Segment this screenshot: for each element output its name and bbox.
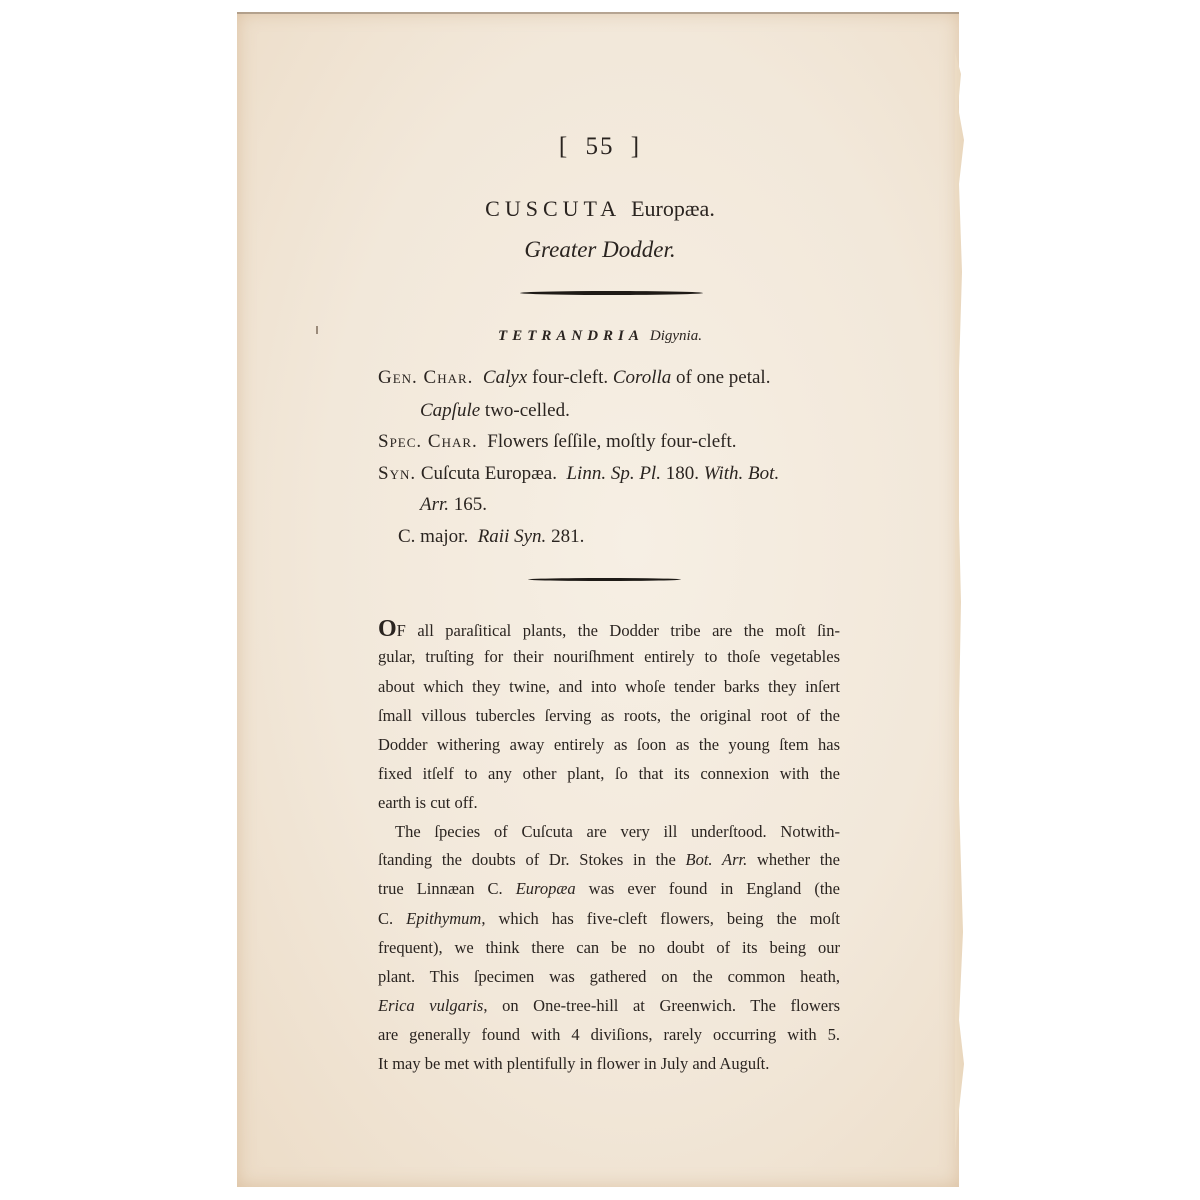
corolla-text: of one petal. [671,367,770,388]
line-text: , which has five-cleft flowers, being th… [481,909,840,928]
paragraph-line: plant. This ſpecimen was gathered on the… [378,967,840,987]
italic-species: Erica vulgaris [378,996,483,1015]
divider-rule [528,578,681,581]
corolla-term: Corolla [613,367,671,388]
capsule-term: Capſule [420,400,480,421]
linnaean-classification: TETRANDRIADigynia. [0,328,1200,345]
line-text: was ever found in England (the [576,879,840,898]
page-number: [ 55 ] [0,133,1200,161]
line-text: ſtanding the doubts of Dr. Stokes in the [378,850,686,869]
calyx-term: Calyx [483,367,527,388]
syn-ref-raii: Raii Syn. [478,526,547,547]
common-name: Greater Dodder. [0,237,1200,263]
syn-name: C. major. [398,526,468,547]
syn-num: 281. [546,526,584,547]
species-name: Europæa. [631,196,715,221]
line-text: F all paraſitical plants, the Dodder tri… [397,621,840,640]
paragraph-line: Dodder withering away entirely as ſoon a… [378,735,840,755]
italic-species: Europæa [516,879,576,898]
genus-name: CUSCUTA [485,196,621,221]
syn-ref-with: With. Bot. [704,463,779,484]
italic-ref: Bot. Arr. [686,850,748,869]
paragraph-line: frequent), we think there can be no doub… [378,938,840,958]
line-text: true Linnæan C. [378,879,516,898]
syn-ref-arr: Arr. [420,494,449,515]
paragraph-line: gular, truſting for their nouriſhment en… [378,647,840,667]
page-title: CUSCUTAEuropæa. [0,196,1200,222]
synonymy: Syn. Cuſcuta Europæa. Linn. Sp. Pl. 180.… [378,463,779,485]
syn-name: Cuſcuta Europæa. [421,463,557,484]
synonymy-major: C. major. Raii Syn. 281. [398,526,584,548]
drop-cap: O [378,616,397,642]
paragraph-line: are generally found with 4 diviſions, ra… [378,1025,840,1045]
paragraph-line: earth is cut off. [378,793,840,813]
paragraph-line: true Linnæan C. Europæa was ever found i… [378,879,840,899]
italic-species: Epithymum [406,909,481,928]
paragraph-line: Erica vulgaris, on One-tree-hill at Gree… [378,996,840,1016]
paragraph-line: ſmall villous tubercles ſerving as roots… [378,706,840,726]
paragraph-line: It may be met with plentifully in flower… [378,1054,840,1074]
paragraph-line: The ſpecies of Cuſcuta are very ill unde… [395,822,840,842]
calyx-text: four-cleft. [527,367,613,388]
paragraph-line: fixed itſelf to any other plant, ſo that… [378,764,840,784]
line-text: , on One-tree-hill at Greenwich. The flo… [483,996,840,1015]
paragraph-line: about which they twine, and into whoſe t… [378,677,840,697]
spec-char-label: Spec. Char. [378,431,478,452]
paragraph-line: ſtanding the doubts of Dr. Stokes in the… [378,850,840,870]
generic-character-cont: Capſule two-celled. [420,400,570,422]
line-text: whether the [747,850,840,869]
spec-char-text: Flowers ſeſſile, moſtly four-cleft. [487,431,736,452]
line-text: C. [378,909,406,928]
order-name: Digynia. [650,328,702,344]
divider-rule [520,291,703,295]
paragraph-line: C. Epithymum, which has five-cleft flowe… [378,909,840,929]
syn-num: 180. [661,463,704,484]
capsule-text: two-celled. [480,400,570,421]
specific-character: Spec. Char. Flowers ſeſſile, moſtly four… [378,431,736,453]
gen-char-label: Gen. Char. [378,367,473,388]
syn-num: 165. [449,494,487,515]
generic-character: Gen. Char. Calyx four-cleft. Corolla of … [378,367,770,389]
synonymy-cont: Arr. 165. [420,494,487,516]
class-name: TETRANDRIA [498,328,644,344]
syn-label: Syn. [378,463,416,484]
paragraph-line: OF all paraſitical plants, the Dodder tr… [378,616,840,643]
syn-ref-linn: Linn. Sp. Pl. [566,463,660,484]
